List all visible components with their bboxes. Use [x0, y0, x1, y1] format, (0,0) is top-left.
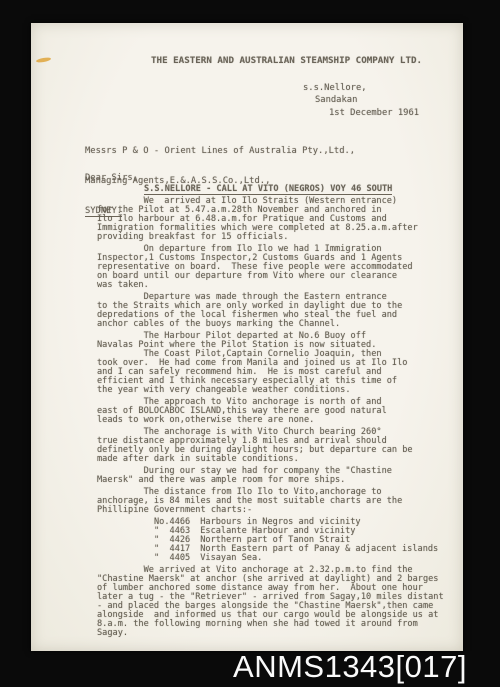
chart-row: " 4405Visayan Sea. [154, 554, 461, 563]
letter-paragraph: Departure was made through the Eastern e… [97, 293, 461, 329]
letter-body: We arrived at Ilo Ilo Straits (Western e… [97, 197, 461, 638]
letter-paragraph: We arrived at Ilo Ilo Straits (Western e… [97, 197, 461, 242]
letter-paragraph: During our stay we had for company the "… [97, 467, 461, 485]
letter-paragraph: On departure from Ilo Ilo we had 1 Immig… [97, 245, 461, 290]
letter-paragraph: The approach to Vito anchorage is north … [97, 398, 461, 425]
recipient-line-1: Messrs P & O - Orient Lines of Australia… [85, 146, 355, 156]
letter-paragraph: We arrived at Vito anchorage at 2.32.p.m… [97, 566, 461, 638]
archive-reference-label: ANMS1343[017] [0, 649, 467, 685]
scan-background: { "archive_label": "ANMS1343[017]", "col… [0, 0, 500, 687]
chart-list: No.4466Harbours in Negros and vicinity" … [154, 518, 461, 563]
letter-page: THE EASTERN AND AUSTRALIAN STEAMSHIP COM… [31, 23, 463, 651]
letter-date: 1st December 1961 [329, 108, 419, 118]
subject-line: S.S.NELLORE - CALL AT VITO (NEGROS) VOY … [144, 184, 392, 195]
letter-paragraph: The Harbour Pilot departed at No.6 Buoy … [97, 332, 461, 395]
chart-title: Visayan Sea. [190, 553, 262, 563]
paper-stain [36, 57, 51, 64]
letter-paragraph: The anchorage is with Vito Church bearin… [97, 428, 461, 464]
salutation: Dear Sirs, [85, 173, 138, 183]
ship-name: s.s.Nellore, [303, 83, 367, 93]
company-name: THE EASTERN AND AUSTRALIAN STEAMSHIP COM… [151, 55, 422, 66]
paragraphs-after-charts: We arrived at Vito anchorage at 2.32.p.m… [97, 566, 461, 638]
ship-location: Sandakan [315, 95, 357, 105]
chart-number: " 4405 [154, 554, 190, 563]
paragraphs-before-charts: We arrived at Ilo Ilo Straits (Western e… [97, 197, 461, 515]
letter-paragraph: The distance from Ilo Ilo to Vito,anchor… [97, 488, 461, 515]
